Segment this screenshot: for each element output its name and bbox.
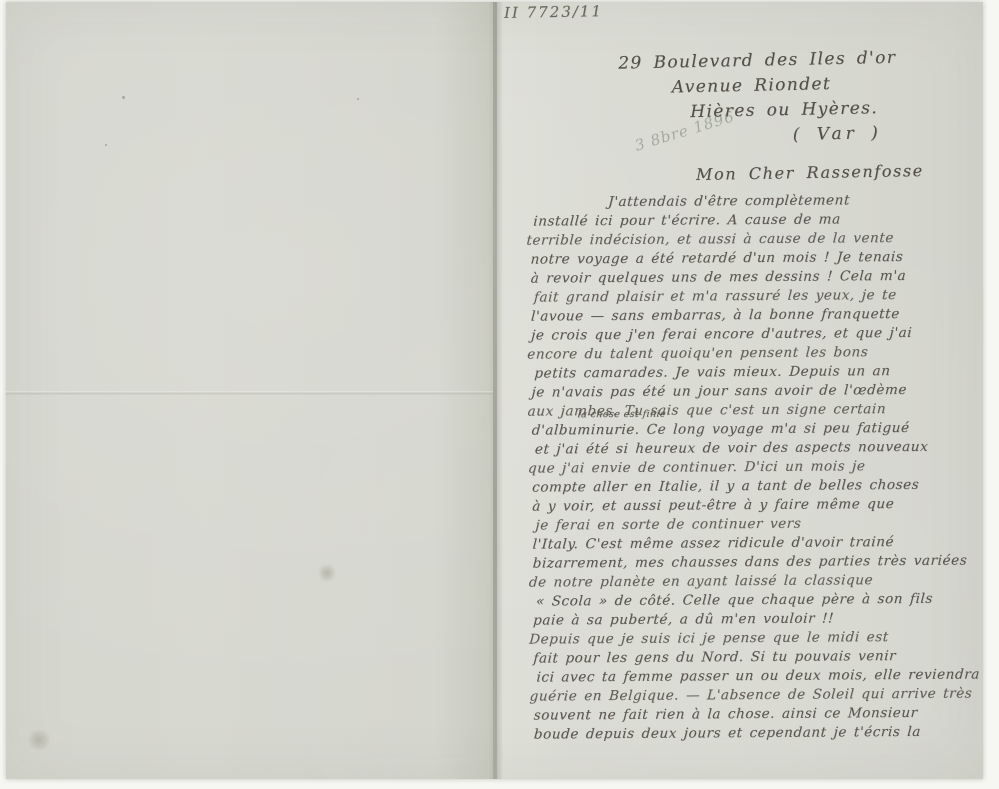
center-fold-line (493, 2, 497, 779)
letter-body: J'attendais d'être complètement installé… (530, 190, 983, 744)
paper-speck (105, 144, 107, 146)
paper-speck (122, 96, 125, 99)
interline-insertion: la chose est finie (577, 410, 666, 421)
paper-stain (28, 730, 50, 750)
paper-speck (357, 98, 359, 100)
salutation: Mon Cher Rassenfosse (696, 161, 924, 184)
archive-mark: II 7723/11 (504, 2, 603, 22)
letter-photo-background: II 7723/11 3 8bre 1896 29 Boulevard des … (0, 0, 999, 789)
handwriting-line: boude depuis deux jours et cependant je … (533, 722, 983, 744)
address-heading: 29 Boulevard des Iles d'or Avenue Rionde… (593, 44, 983, 152)
horizontal-crease (6, 391, 493, 395)
letter-sheet: II 7723/11 3 8bre 1896 29 Boulevard des … (6, 2, 983, 779)
address-line: ( Var ) (793, 119, 983, 148)
paper-stain (319, 564, 335, 582)
